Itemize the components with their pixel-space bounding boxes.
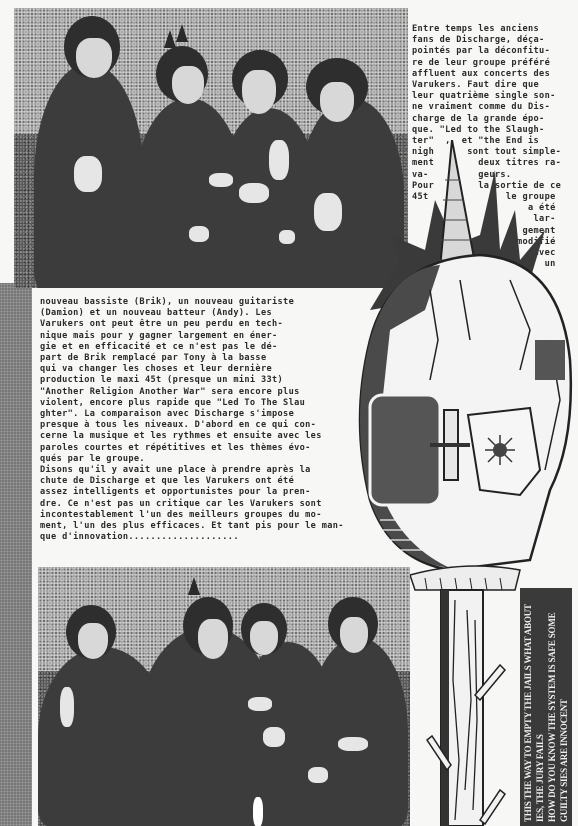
- text-line: pointés par la déconfitu-: [412, 46, 561, 57]
- text-line: chute de Discharge et que les Varukers o…: [40, 476, 344, 487]
- text-line: que d'innovation....................: [40, 532, 344, 543]
- wooden-stake-icon: [405, 560, 525, 826]
- text-line: nique mais pour y gagner largement en én…: [40, 331, 344, 342]
- hand: [60, 687, 74, 727]
- text-line: cerne la musique et les rythmes et ensui…: [40, 431, 344, 442]
- text-line: "Another Religion Another War" sera enco…: [40, 387, 344, 398]
- band-member-1-face: [78, 623, 108, 659]
- text-line: Varukers. Faut dire que: [412, 80, 561, 91]
- band-member-4-face: [340, 617, 368, 653]
- text-line: (Damion) et un nouveau batteur (Andy). L…: [40, 308, 344, 319]
- text-line: ment, l'un des plus efficaces. Et tant p…: [40, 521, 344, 532]
- text-line: Varukers ont peut être un peu perdu en t…: [40, 319, 344, 330]
- left-border-strip: [0, 283, 32, 826]
- hand: [209, 173, 233, 187]
- band-member-3-face: [242, 70, 276, 114]
- text-line: qués par le groupe.: [40, 454, 344, 465]
- text-line: violent, encore plus rapide que "Led To …: [40, 398, 344, 409]
- hand: [269, 140, 289, 180]
- main-article-text: nouveau bassiste (Brik), un nouveau guit…: [40, 297, 344, 543]
- hand: [74, 156, 102, 192]
- card: [338, 737, 368, 751]
- text-line: affluent aux concerts des: [412, 69, 561, 80]
- band-member-4: [308, 637, 408, 826]
- text-line: nouveau bassiste (Brik), un nouveau guit…: [40, 297, 344, 308]
- card: [248, 697, 272, 711]
- vertical-quote-strip: THIS THE WAY TO EMPTY THE JAILS WHAT ABO…: [520, 588, 572, 826]
- quote-lines: THIS THE WAY TO EMPTY THE JAILS WHAT ABO…: [520, 588, 572, 826]
- band-member-4-face: [320, 82, 354, 122]
- band-member-3-face: [250, 621, 278, 655]
- band-member-2-face: [198, 619, 228, 659]
- text-line: part de Brik remplacé par Tony à la bass…: [40, 353, 344, 364]
- text-line: production le maxi 45t (presque un mini …: [40, 375, 344, 386]
- text-line: ghter". La comparaison avec Discharge s'…: [40, 409, 344, 420]
- text-line: dre. Ce n'est pas un critique car les Va…: [40, 499, 344, 510]
- highlight: [253, 797, 263, 826]
- band-member-1-face: [76, 38, 112, 78]
- text-line: Disons qu'il y avait une place à prendre…: [40, 465, 344, 476]
- text-line: gie et en efficacité et ce n'est pas le …: [40, 342, 344, 353]
- text-line: re de leur groupe préféré: [412, 58, 561, 69]
- quote-line: IES, THE JURY FAILS: [535, 592, 545, 822]
- text-line: presque à tous les niveaux. D'abord en c…: [40, 420, 344, 431]
- skull-on-stake-icon: [330, 140, 578, 580]
- mohawk-spike: [188, 577, 200, 595]
- text-line: incontestablement l'un des meilleurs gro…: [40, 510, 344, 521]
- text-line: leur quatrième single son-: [412, 91, 561, 102]
- card: [279, 230, 295, 244]
- text-line: que. "Led to the Slaugh-: [412, 125, 561, 136]
- text-line: charge de la grande épo-: [412, 114, 561, 125]
- mohawk-spike: [164, 30, 176, 48]
- text-line: assez intelligents et opportunistes pour…: [40, 487, 344, 498]
- text-line: fans de Discharge, déça-: [412, 35, 561, 46]
- quote-line: THIS THE WAY TO EMPTY THE JAILS WHAT ABO…: [523, 592, 533, 822]
- card: [308, 767, 328, 783]
- text-line: Entre temps les anciens: [412, 24, 561, 35]
- hand: [263, 727, 285, 747]
- quote-line: GUILTY SIES ARE INNOCENT: [559, 592, 569, 822]
- mohawk-spike: [176, 24, 188, 42]
- text-line: qui va changer les choses et leur derniè…: [40, 364, 344, 375]
- hand: [239, 183, 269, 203]
- band-member-2-face: [172, 66, 204, 104]
- text-line: paroles courtes et répétitives et les th…: [40, 443, 344, 454]
- card: [189, 226, 209, 242]
- text-line: ne vraiment comme du Dis-: [412, 102, 561, 113]
- band-photo-bottom: [38, 567, 410, 826]
- quote-line: HOW DO YOU KNOW THE SYSTEM IS SAFE SOME: [547, 592, 557, 822]
